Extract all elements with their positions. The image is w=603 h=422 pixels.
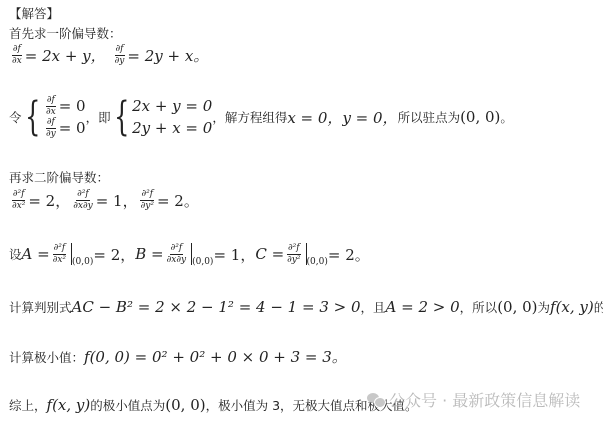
answer-header: 【解答】 xyxy=(9,4,59,22)
conclusion-line: 综上， f(x, y) 的极小值点为 (0, 0) ，极小值为 3，无极大值点和… xyxy=(9,396,418,414)
minimum-value-line: 计算极小值： f(0, 0) = 0² + 0² + 0 × 0 + 3 = 3… xyxy=(9,346,347,367)
fraction: ∂f∂x xyxy=(11,45,23,66)
first-partials-equation: ∂f∂x = 2x + y， ∂f∂y = 2y + x。 xyxy=(9,45,208,66)
watermark-text: 公众号 · 最新政策信息解读 xyxy=(389,388,580,411)
fraction: ∂f∂y xyxy=(114,45,126,66)
second-partials-equation: ∂²f∂x² = 2， ∂²f∂x∂y = 1， ∂²f∂y² = 2。 xyxy=(9,190,199,211)
step3-title: 再求二阶偏导数： xyxy=(9,168,109,186)
left-brace: { xyxy=(114,97,129,137)
watermark: 公众号 · 最新政策信息解读 xyxy=(367,388,580,411)
step1-title: 首先求一阶偏导数： xyxy=(9,24,122,42)
stationary-point-system: 令 { ∂f∂x= 0 ∂f∂y= 0 ，即 { 2x + y = 0 2y +… xyxy=(9,95,513,139)
abc-definitions: 设 A = ∂²f∂x² (0,0) = 2， B = ∂²f∂x∂y (0,0… xyxy=(9,243,370,265)
discriminant-line: 计算判别式 AC − B² = 2 × 2 − 1² = 4 − 1 = 3 >… xyxy=(9,298,603,316)
wechat-icon xyxy=(367,393,385,407)
solution-document: 【解答】 首先求一阶偏导数： ∂f∂x = 2x + y， ∂f∂y = 2y … xyxy=(0,0,603,422)
equation-system-1: ∂f∂x= 0 ∂f∂y= 0 xyxy=(43,95,86,139)
left-brace: { xyxy=(25,97,40,137)
equation-system-2: 2x + y = 0 2y + x = 0 xyxy=(132,95,212,139)
